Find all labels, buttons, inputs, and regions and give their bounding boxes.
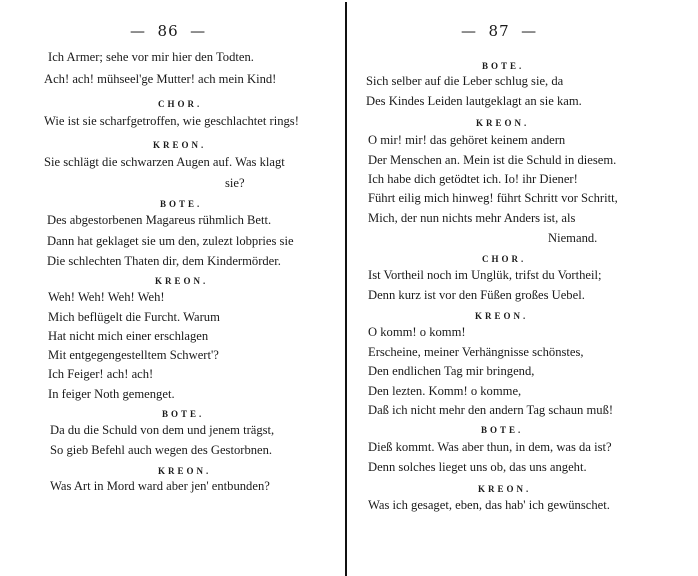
verse-line: Niemand.: [548, 231, 597, 245]
verse-line: Des Kindes Leiden lautgeklagt an sie kam…: [366, 94, 582, 108]
speaker-heading: KREON.: [476, 118, 529, 128]
verse-line: Denn kurz ist vor den Füßen großes Uebel…: [368, 288, 585, 302]
speaker-heading: BOTE.: [482, 61, 524, 71]
verse-line: So gieb Befehl auch wegen des Gestorbnen…: [50, 443, 272, 457]
book-gutter-divider: [345, 2, 347, 576]
verse-line: Mich, der nun nichts mehr Anders ist, al…: [368, 211, 575, 225]
verse-line: Ich Armer; sehe vor mir hier den Todten.: [48, 50, 254, 64]
verse-line: sie?: [225, 176, 245, 190]
speaker-heading: CHOR.: [158, 99, 202, 109]
page-number: — 87 —: [461, 22, 537, 40]
speaker-heading: BOTE.: [162, 409, 204, 419]
speaker-heading: KREON.: [153, 140, 206, 150]
verse-line: O komm! o komm!: [368, 325, 466, 339]
verse-line: Denn solches lieget uns ob, das uns ange…: [368, 460, 587, 474]
verse-line: Ach! ach! mühseel'ge Mutter! ach mein Ki…: [44, 72, 276, 86]
verse-line: Was Art in Mord ward aber jen' entbunden…: [50, 479, 270, 493]
speaker-heading: KREON.: [475, 311, 528, 321]
verse-line: O mir! mir! das gehöret keinem andern: [368, 133, 565, 147]
verse-line: Des abgestorbenen Magareus rühmlich Bett…: [47, 213, 271, 227]
verse-line: Führt eilig mich hinweg! führt Schritt v…: [368, 191, 618, 205]
verse-line: Ich habe dich getödtet ich. Io! ihr Dien…: [368, 172, 578, 186]
left-page: — 86 — Ich Armer; sehe vor mir hier den …: [0, 0, 345, 576]
verse-line: Erscheine, meiner Verhängnisse schönstes…: [368, 345, 584, 359]
verse-line: Dann hat geklaget sie um den, zulezt lob…: [47, 234, 294, 248]
right-page: — 87 — BOTE. Sich selber auf die Leber s…: [348, 0, 698, 576]
verse-line: Die schlechten Thaten dir, dem Kindermör…: [47, 254, 281, 268]
verse-line: Der Menschen an. Mein ist die Schuld in …: [368, 153, 616, 167]
verse-line: Sie schlägt die schwarzen Augen auf. Was…: [44, 155, 285, 169]
speaker-heading: CHOR.: [482, 254, 526, 264]
verse-line: Mich beflügelt die Furcht. Warum: [48, 310, 220, 324]
verse-line: Was ich gesaget, eben, das hab' ich gewü…: [368, 498, 610, 512]
speaker-heading: KREON.: [155, 276, 208, 286]
verse-line: Da du die Schuld von dem und jenem trägs…: [50, 423, 274, 437]
verse-line: Wie ist sie scharfgetroffen, wie geschla…: [44, 114, 299, 128]
speaker-heading: BOTE.: [481, 425, 523, 435]
speaker-heading: KREON.: [478, 484, 531, 494]
verse-line: In feiger Noth gemenget.: [48, 387, 175, 401]
verse-line: Ich Feiger! ach! ach!: [48, 367, 153, 381]
speaker-heading: KREON.: [158, 466, 211, 476]
verse-line: Sich selber auf die Leber schlug sie, da: [366, 74, 563, 88]
verse-line: Ist Vortheil noch im Unglük, trifst du V…: [368, 268, 601, 282]
page-number: — 86 —: [130, 22, 206, 40]
speaker-heading: BOTE.: [160, 199, 202, 209]
verse-line: Weh! Weh! Weh! Weh!: [48, 290, 165, 304]
verse-line: Den lezten. Komm! o komme,: [368, 384, 521, 398]
verse-line: Daß ich nicht mehr den andern Tag schaun…: [368, 403, 613, 417]
verse-line: Hat nicht mich einer erschlagen: [48, 329, 208, 343]
verse-line: Dieß kommt. Was aber thun, in dem, was d…: [368, 440, 612, 454]
verse-line: Den endlichen Tag mir bringend,: [368, 364, 534, 378]
verse-line: Mit entgegengestelltem Schwert'?: [48, 348, 219, 362]
